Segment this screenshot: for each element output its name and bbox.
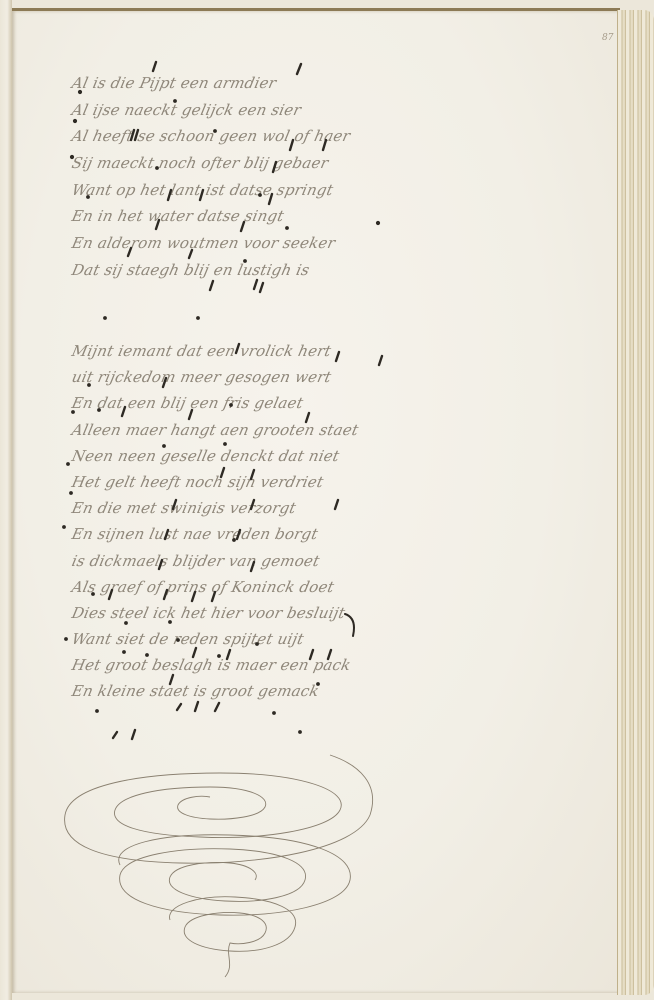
verse-line: En kleine staet is groot gemack [69, 678, 361, 704]
verse-line: Dat sij staegh blij en lustigh is [69, 257, 353, 284]
verse-line: Mijnt iemant dat een vrolick hert [69, 338, 361, 364]
verse-line: Dies steel ick het hier voor besluijt [69, 600, 361, 626]
stanza-1: Al is die Pijpt een armdier Al ijse naec… [72, 70, 350, 284]
verse-line: Sij maeckt noch ofter blij gebaer [69, 150, 353, 177]
verse-line: En sijnen lust nae vreden borgt [69, 521, 361, 547]
book-spread: 87 Al is die Pijpt een armdier Al ijse n… [0, 0, 654, 1000]
verse-line: Als graef of prins of Koninck doet [69, 574, 361, 600]
verse-line: En dat een blij een fris gelaet [69, 390, 361, 416]
verse-line: uit rijckedom meer gesogen wert [69, 364, 361, 390]
verse-line: Neen neen geselle denckt dat niet [69, 443, 361, 469]
verse-line: En alderom woutmen voor seeker [69, 230, 353, 257]
spiral-flourish-icon [60, 745, 380, 985]
verse-line: Al is die Pijpt een armdier [69, 70, 353, 97]
verse-line: En die met swinigis verzorgt [69, 495, 361, 521]
verse-line: Al heeft se schoon geen wol of haer [69, 123, 353, 150]
stanza-2: Mijnt iemant dat een vrolick hert uit ri… [72, 338, 358, 705]
verse-line: Alleen maer hangt aen grooten staet [69, 417, 361, 443]
verse-line: Want op het lant ist datse springt [69, 177, 353, 204]
verse-line: En in het water datse singt [69, 203, 353, 230]
facing-page-edge [0, 0, 12, 1000]
verse-line: is dickmaels blijder van gemoet [69, 548, 361, 574]
verse-line: Het groot beslagh is maer een pack [69, 652, 361, 678]
verse-line: Al ijse naeckt gelijck een sier [69, 97, 353, 124]
verse-line: Het gelt heeft noch sijn verdriet [69, 469, 361, 495]
page-number: 87 [602, 33, 613, 43]
verse-line: Want siet de reden spijtet uijt [69, 626, 361, 652]
page-stack-edges [617, 10, 654, 995]
